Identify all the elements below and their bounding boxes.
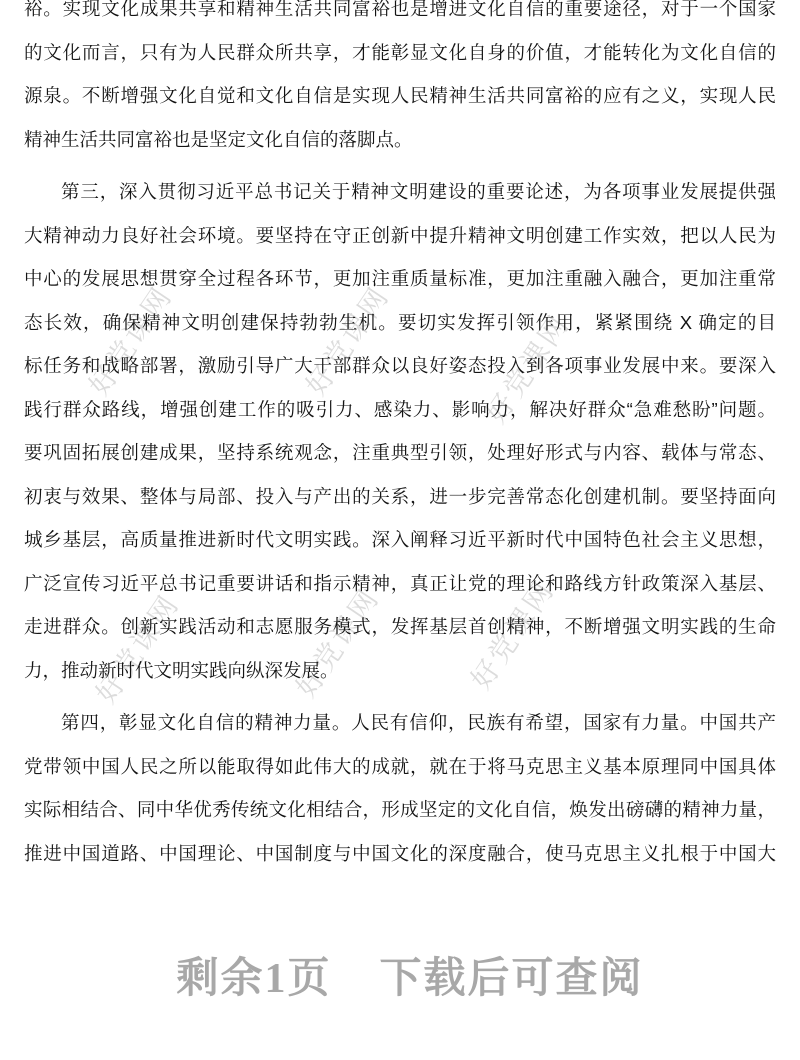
download-hint-label: 下载后可查阅: [380, 954, 644, 1004]
text-line: 态长效，确保精神文明创建保持勃勃生机。要切实发挥引领作用，紧紧围绕 X 确定的目: [24, 301, 776, 345]
text-line: 走进群众。创新实践活动和志愿服务模式，发挥基层首创精神，不断增强文明实践的生命: [24, 605, 776, 649]
paragraph: 裕。实现文化成果共享和精神生活共同富裕也是增进文化自信的重要途径，对于一个国家的…: [24, 0, 776, 161]
text-line: 践行群众路线，增强创建工作的吸引力、感染力、影响力，解决好群众“急难愁盼”问题。: [24, 388, 776, 432]
pages-remaining-label: 剩余1页: [176, 954, 331, 1004]
text-line: 的文化而言，只有为人民群众所共享，才能彰显文化自身的价值，才能转化为文化自信的: [24, 31, 776, 75]
document-page: 好党课网好党课网好党课网好党课网好党课网好党课网 裕。实现文化成果共享和精神生活…: [0, 0, 800, 1060]
text-line: 精神生活共同富裕也是坚定文化自信的落脚点。: [24, 118, 776, 162]
text-line: 力，推动新时代文明实践向纵深发展。: [24, 649, 776, 693]
text-line: 广泛宣传习近平总书记重要讲话和指示精神，真正让党的理论和路线方针政策深入基层、: [24, 562, 776, 606]
text-line: 大精神动力良好社会环境。要坚持在守正创新中提升精神文明创建工作实效，把以人民为: [24, 214, 776, 258]
text-line: 推进中国道路、中国理论、中国制度与中国文化的深度融合，使马克思主义扎根于中国大: [24, 832, 776, 876]
text-line: 初衷与效果、整体与局部、投入与产出的关系，进一步完善常态化创建机制。要坚持面向: [24, 475, 776, 519]
text-line: 实际相结合、同中华优秀传统文化相结合，形成坚定的文化自信，焕发出磅礴的精神力量，: [24, 788, 776, 832]
text-line: 第三，深入贯彻习近平总书记关于精神文明建设的重要论述，为各项事业发展提供强: [24, 170, 776, 214]
pages-remaining-banner: 剩余1页 下载后可查阅: [10, 954, 800, 1004]
text-line: 标任务和战略部署，激励引导广大干部群众以良好姿态投入到各项事业发展中来。要深入: [24, 344, 776, 388]
text-line: 裕。实现文化成果共享和精神生活共同富裕也是增进文化自信的重要途径，对于一个国家: [24, 0, 776, 31]
paragraph: 第三，深入贯彻习近平总书记关于精神文明建设的重要论述，为各项事业发展提供强大精神…: [24, 170, 776, 692]
text-line: 源泉。不断增强文化自觉和文化自信是实现人民精神生活共同富裕的应有之义，实现人民: [24, 74, 776, 118]
text-line: 第四，彰显文化自信的精神力量。人民有信仰，民族有希望，国家有力量。中国共产: [24, 701, 776, 745]
text-line: 党带领中国人民之所以能取得如此伟大的成就，就在于将马克思主义基本原理同中国具体: [24, 745, 776, 789]
text-line: 要巩固拓展创建成果，坚持系统观念，注重典型引领，处理好形式与内容、载体与常态、: [24, 431, 776, 475]
text-line: 中心的发展思想贯穿全过程各环节，更加注重质量标准，更加注重融入融合，更加注重常: [24, 257, 776, 301]
paragraph: 第四，彰显文化自信的精神力量。人民有信仰，民族有希望，国家有力量。中国共产党带领…: [24, 701, 776, 875]
text-line: 城乡基层，高质量推进新时代文明实践。深入阐释习近平新时代中国特色社会主义思想，: [24, 518, 776, 562]
document-body: 裕。实现文化成果共享和精神生活共同富裕也是增进文化自信的重要途径，对于一个国家的…: [24, 0, 776, 875]
